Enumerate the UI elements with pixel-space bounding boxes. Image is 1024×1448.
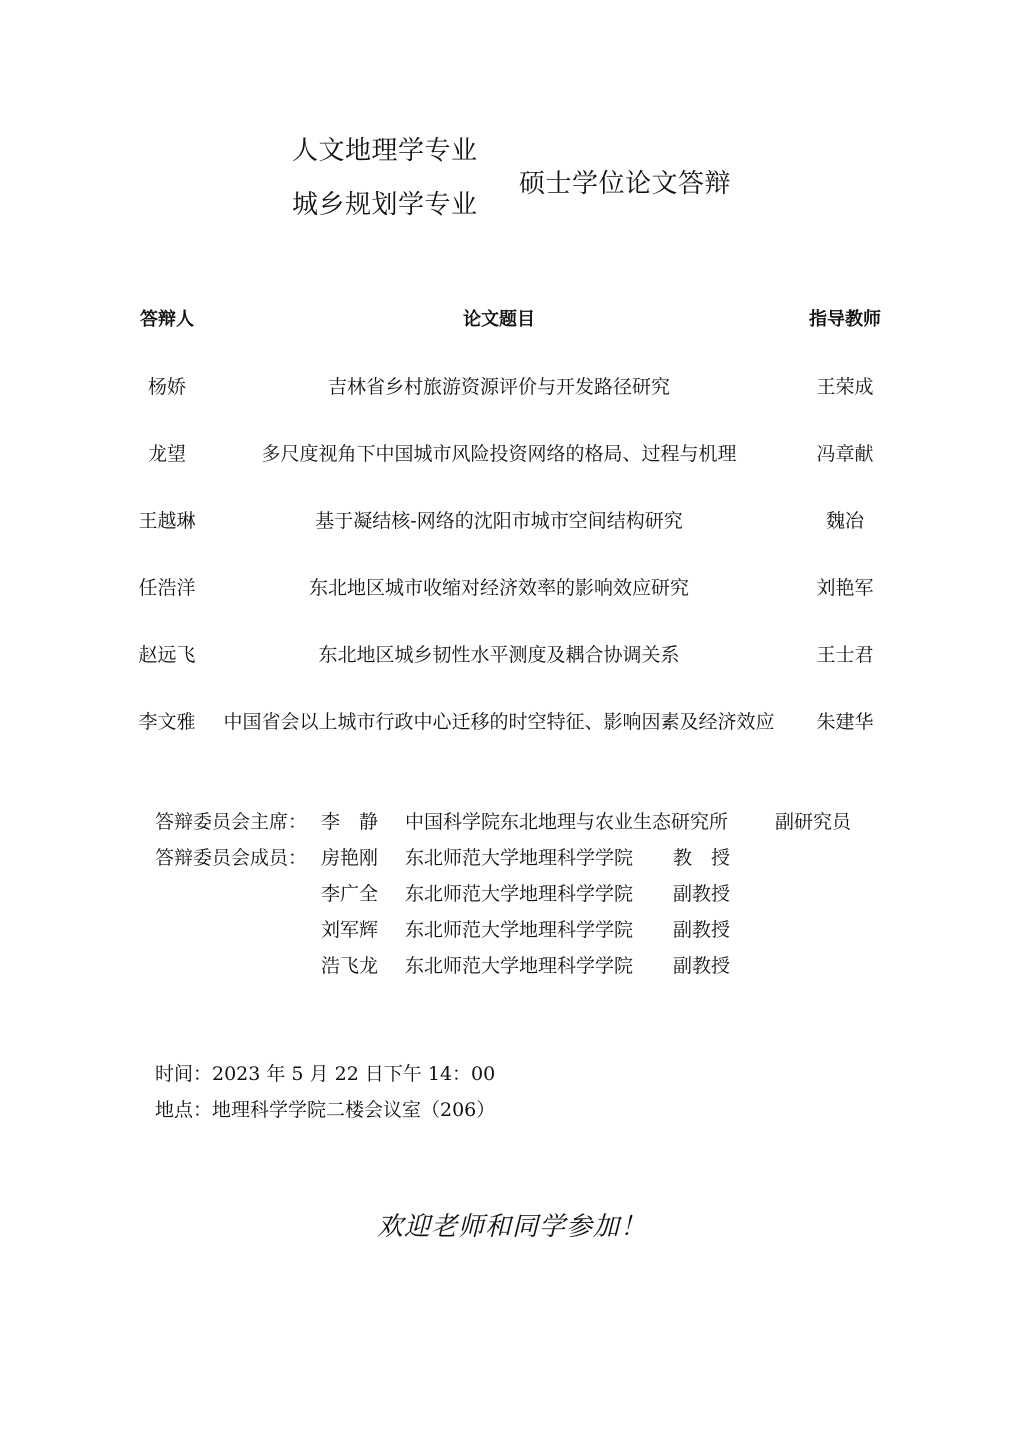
committee-member-row: 答辩委员会成员： 房艳刚 东北师范大学地理科学学院 教 授 <box>155 840 851 876</box>
student-name: 李文雅 <box>118 702 216 769</box>
thesis-title: 多尺度视角下中国城市风险投资网络的格局、过程与机理 <box>216 434 782 501</box>
table-header-row: 答辩人 论文题目 指导教师 <box>118 300 908 367</box>
committee-member-row: 刘军辉 东北师范大学地理科学学院 副教授 <box>155 912 851 948</box>
chair-name: 李 静 <box>321 804 405 840</box>
member-rank: 副教授 <box>673 912 730 948</box>
advisor-name: 朱建华 <box>782 702 908 769</box>
title-block: 人文地理学专业 城乡规划学专业 硕士学位论文答辩 <box>292 132 752 228</box>
table-row: 杨娇 吉林省乡村旅游资源评价与开发路径研究 王荣成 <box>118 367 908 434</box>
major-human-geography: 人文地理学专业 <box>292 134 478 168</box>
member-rank: 教 授 <box>673 840 730 876</box>
column-header-student: 答辩人 <box>118 300 216 367</box>
page-title: 硕士学位论文答辩 <box>519 167 731 201</box>
member-org: 东北师范大学地理科学学院 <box>405 948 673 984</box>
advisor-name: 王士君 <box>782 635 908 702</box>
members-label: 答辩委员会成员： <box>155 840 321 876</box>
major-urban-rural-planning: 城乡规划学专业 <box>292 188 478 222</box>
thesis-title: 基于凝结核-网络的沈阳市城市空间结构研究 <box>216 501 782 568</box>
member-name: 浩飞龙 <box>321 948 405 984</box>
table-row: 李文雅 中国省会以上城市行政中心迁移的时空特征、影响因素及经济效应 朱建华 <box>118 702 908 769</box>
chair-rank: 副研究员 <box>775 804 851 840</box>
member-name: 刘军辉 <box>321 912 405 948</box>
table-row: 龙望 多尺度视角下中国城市风险投资网络的格局、过程与机理 冯章献 <box>118 434 908 501</box>
advisor-name: 刘艳军 <box>782 568 908 635</box>
table-row: 任浩洋 东北地区城市收缩对经济效率的影响效应研究 刘艳军 <box>118 568 908 635</box>
student-name: 杨娇 <box>118 367 216 434</box>
table-row: 赵远飞 东北地区城乡韧性水平测度及耦合协调关系 王士君 <box>118 635 908 702</box>
member-name: 李广全 <box>321 876 405 912</box>
student-name: 任浩洋 <box>118 568 216 635</box>
thesis-title: 东北地区城乡韧性水平测度及耦合协调关系 <box>216 635 782 702</box>
committee-member-row: 李广全 东北师范大学地理科学学院 副教授 <box>155 876 851 912</box>
column-header-advisor: 指导教师 <box>782 300 908 367</box>
student-name: 龙望 <box>118 434 216 501</box>
committee-chair-row: 答辩委员会主席： 李 静 中国科学院东北地理与农业生态研究所 副研究员 <box>155 804 851 840</box>
welcome-message: 欢迎老师和同学参加！ <box>0 1206 1024 1243</box>
column-header-thesis: 论文题目 <box>216 300 782 367</box>
student-name: 赵远飞 <box>118 635 216 702</box>
member-org: 东北师范大学地理科学学院 <box>405 840 673 876</box>
advisor-name: 冯章献 <box>782 434 908 501</box>
defense-committee: 答辩委员会主席： 李 静 中国科学院东北地理与农业生态研究所 副研究员 答辩委员… <box>155 804 851 984</box>
member-name: 房艳刚 <box>321 840 405 876</box>
member-org: 东北师范大学地理科学学院 <box>405 876 673 912</box>
advisor-name: 魏冶 <box>782 501 908 568</box>
defense-schedule-table: 答辩人 论文题目 指导教师 杨娇 吉林省乡村旅游资源评价与开发路径研究 王荣成 … <box>118 300 908 769</box>
advisor-name: 王荣成 <box>782 367 908 434</box>
thesis-title: 吉林省乡村旅游资源评价与开发路径研究 <box>216 367 782 434</box>
chair-label: 答辩委员会主席： <box>155 804 321 840</box>
event-info: 时间：2023 年 5 月 22 日下午 14：00 地点：地理科学学院二楼会议… <box>155 1056 495 1128</box>
thesis-title: 中国省会以上城市行政中心迁移的时空特征、影响因素及经济效应 <box>216 702 782 769</box>
member-rank: 副教授 <box>673 948 730 984</box>
event-time: 时间：2023 年 5 月 22 日下午 14：00 <box>155 1056 495 1092</box>
student-name: 王越琳 <box>118 501 216 568</box>
thesis-title: 东北地区城市收缩对经济效率的影响效应研究 <box>216 568 782 635</box>
member-rank: 副教授 <box>673 876 730 912</box>
chair-org: 中国科学院东北地理与农业生态研究所 <box>405 804 775 840</box>
event-place: 地点：地理科学学院二楼会议室（206） <box>155 1092 495 1128</box>
committee-member-row: 浩飞龙 东北师范大学地理科学学院 副教授 <box>155 948 851 984</box>
table-row: 王越琳 基于凝结核-网络的沈阳市城市空间结构研究 魏冶 <box>118 501 908 568</box>
member-org: 东北师范大学地理科学学院 <box>405 912 673 948</box>
